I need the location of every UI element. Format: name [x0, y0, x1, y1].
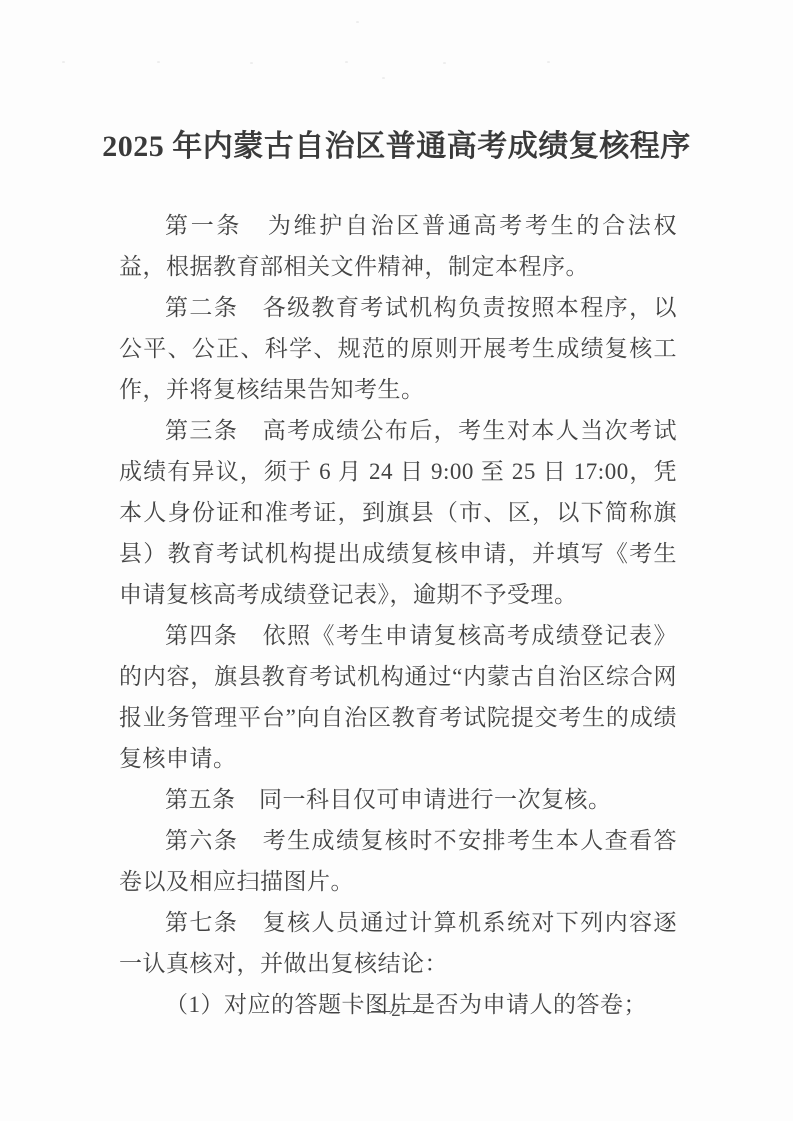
- page-number: —2—: [0, 1000, 793, 1022]
- paragraph-article-1: 第一条 为维护自治区普通高考考生的合法权益，根据教育部相关文件精神，制定本程序。: [119, 205, 677, 287]
- scan-speck: [157, 61, 160, 63]
- scan-speck: [382, 77, 385, 79]
- scan-speck: [547, 61, 550, 63]
- paragraph-article-5: 第五条 同一科目仅可申请进行一次复核。: [119, 779, 677, 820]
- scan-speck: [443, 62, 446, 64]
- paragraph-article-3: 第三条 高考成绩公布后，考生对本人当次考试成绩有异议，须于 6 月 24 日 9…: [119, 410, 677, 615]
- scanned-document-page: 2025 年内蒙古自治区普通高考成绩复核程序 第一条 为维护自治区普通高考考生的…: [0, 0, 793, 1121]
- scan-speck: [356, 21, 359, 23]
- scan-speck: [345, 61, 348, 63]
- paragraph-article-2: 第二条 各级教育考试机构负责按照本程序，以公平、公正、科学、规范的原则开展考生成…: [119, 287, 677, 410]
- scan-speck: [62, 61, 65, 63]
- paragraph-article-6: 第六条 考生成绩复核时不安排考生本人查看答卷以及相应扫描图片。: [119, 820, 677, 902]
- paragraph-article-4: 第四条 依照《考生申请复核高考成绩登记表》的内容，旗县教育考试机构通过“内蒙古自…: [119, 615, 677, 779]
- document-body: 第一条 为维护自治区普通高考考生的合法权益，根据教育部相关文件精神，制定本程序。…: [119, 205, 677, 1025]
- paragraph-article-7: 第七条 复核人员通过计算机系统对下列内容逐一认真核对，并做出复核结论：: [119, 902, 677, 984]
- document-title: 2025 年内蒙古自治区普通高考成绩复核程序: [0, 121, 793, 165]
- scan-speck: [250, 62, 253, 64]
